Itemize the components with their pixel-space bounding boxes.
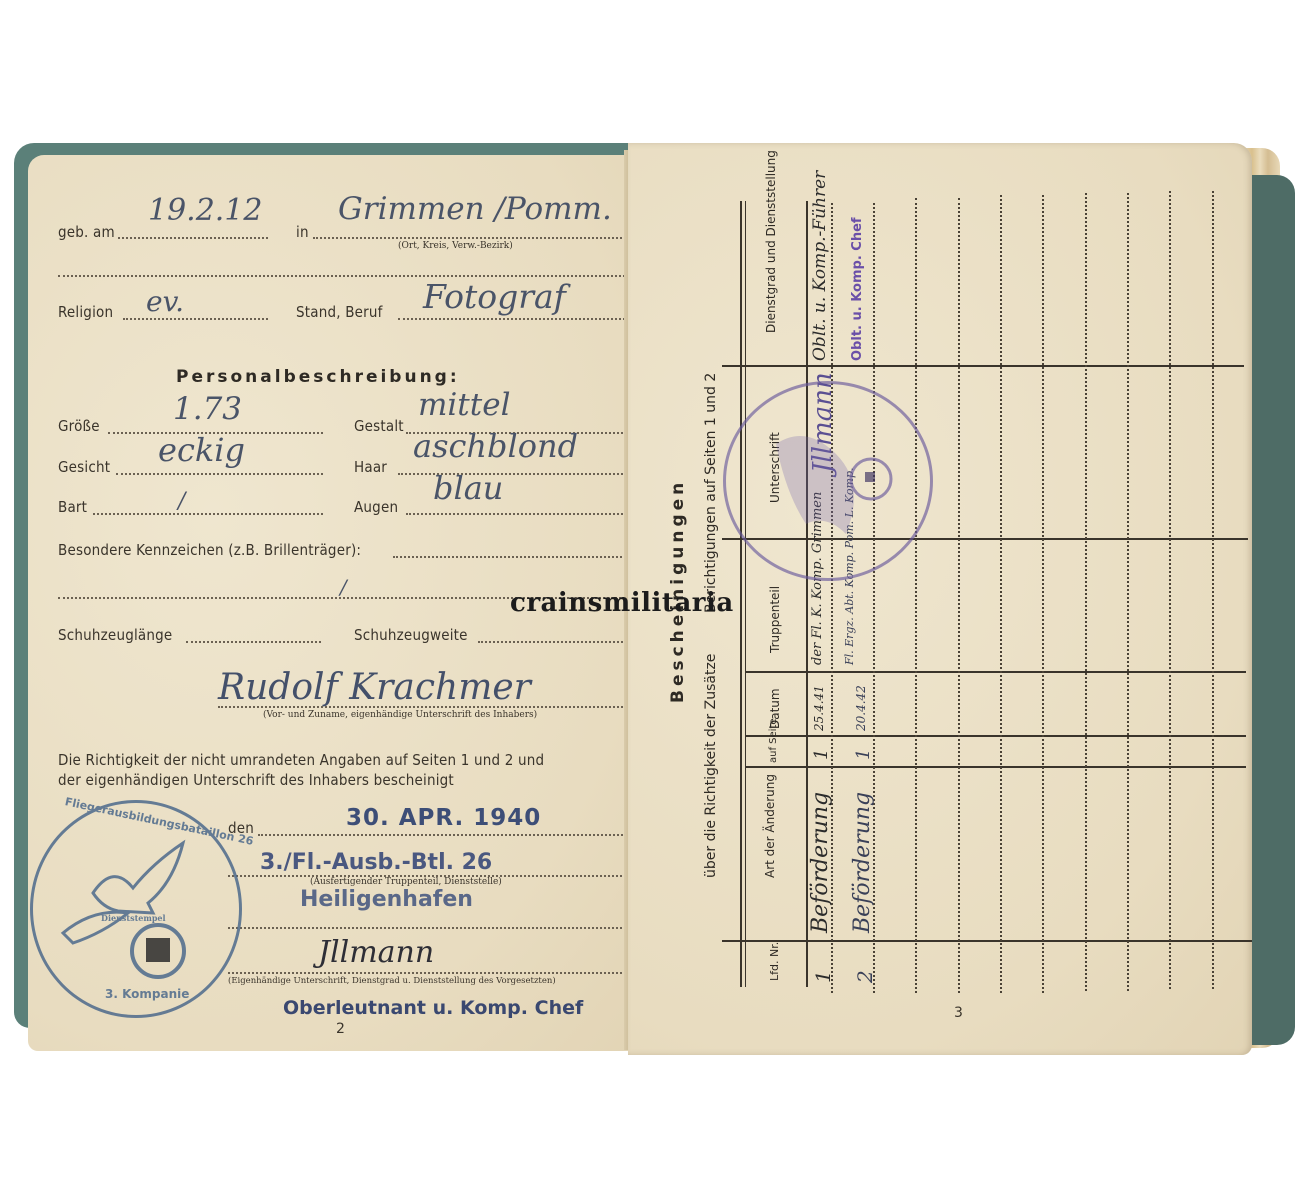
unit-round-stamp: Dienststempel 3. Kompanie Fliegerausbild… xyxy=(30,800,242,1018)
row-2-rank-stamp: Oblt. u. Komp. Chef xyxy=(850,217,865,361)
birth-date-value: 19.2.12 xyxy=(148,193,263,228)
shoe-length-line xyxy=(186,641,321,643)
profession-label: Stand, Beruf xyxy=(296,303,383,321)
row-line-10 xyxy=(1212,191,1214,989)
religion-label: Religion xyxy=(58,303,113,321)
eagle-emblem-icon xyxy=(726,384,930,578)
issuing-unit: 3./Fl.-Ausb.-Btl. 26 xyxy=(260,850,492,875)
row-line-5 xyxy=(1000,195,1002,993)
certification-text-line-1: Die Richtigkeit der nicht umrandeten Ang… xyxy=(58,751,544,769)
row-line-7 xyxy=(1085,193,1087,991)
row-line-3 xyxy=(915,198,917,993)
row-2-date: 20.4.42 xyxy=(854,685,868,731)
superior-signature: Jllmann xyxy=(318,935,434,970)
row-divider-unit xyxy=(746,671,1246,673)
stamp-bottom-text: 3. Kompanie xyxy=(105,987,189,1001)
build-value: mittel xyxy=(418,387,511,423)
eyes-label: Augen xyxy=(354,498,398,516)
eyes-line xyxy=(406,513,634,515)
row-2-change: Beförderung xyxy=(850,792,875,933)
holder-signature-line xyxy=(218,706,634,708)
birth-place-label: in xyxy=(296,223,309,241)
birth-place-value: Grimmen /Pomm. xyxy=(338,191,612,227)
height-label: Größe xyxy=(58,417,100,435)
issuing-location: Heiligenhafen xyxy=(300,887,473,912)
holder-signature: Rudolf Krachmer xyxy=(218,667,531,708)
column-header-unit: Truppenteil xyxy=(768,586,782,653)
face-line xyxy=(116,473,323,475)
religion-line xyxy=(123,318,268,320)
birth-date-label: geb. am xyxy=(58,223,115,241)
personal-description-heading: Personalbeschreibung: xyxy=(176,367,460,387)
face-label: Gesicht xyxy=(58,458,110,476)
right-page-subtitle-1: über die Richtigkeit der Zusätze xyxy=(703,654,719,878)
blank-line xyxy=(228,927,634,929)
page-number-right: 3 xyxy=(954,1005,963,1021)
row-2-number: 2 xyxy=(853,970,877,983)
shoe-width-label: Schuhzeugweite xyxy=(354,626,468,644)
row-divider-page xyxy=(746,766,1246,768)
build-label: Gestalt xyxy=(354,417,404,435)
row-1-date: 25.4.41 xyxy=(812,685,826,731)
issuing-unit-hint: (Ausfertigender Truppenteil, Dienststell… xyxy=(310,877,502,887)
column-header-page: auf Seite xyxy=(768,718,779,763)
row-line-8 xyxy=(1127,193,1129,991)
book-cover-right xyxy=(1250,175,1295,1045)
beard-line xyxy=(93,513,323,515)
right-page-subtitle-2: Berichtigungen auf Seiten 1 und 2 xyxy=(703,373,719,613)
certification-date-line xyxy=(258,834,634,836)
eyes-value: blau xyxy=(433,469,503,507)
row-divider-change xyxy=(722,940,1252,942)
birth-date-line xyxy=(118,237,268,239)
superior-rank: Oberleutnant u. Komp. Chef xyxy=(283,997,583,1019)
row-1-rank: Oblt. u. Komp.-Führer xyxy=(810,171,830,361)
certification-text-line-2: der eigenhändigen Unterschrift des Inhab… xyxy=(58,771,454,789)
certification-date-value: 30. APR. 1940 xyxy=(346,805,541,831)
page-number-left: 2 xyxy=(336,1021,345,1037)
hair-value: aschblond xyxy=(413,427,578,465)
special-marks-value: / xyxy=(340,575,347,599)
row-1-number: 1 xyxy=(811,970,835,983)
height-value: 1.73 xyxy=(173,391,242,427)
hair-label: Haar xyxy=(354,458,387,476)
column-header-number: Lfd. Nr. xyxy=(768,942,781,981)
profession-line xyxy=(398,318,633,320)
row-line-4 xyxy=(958,198,960,993)
holder-signature-hint: (Vor- und Zuname, eigenhändige Unterschr… xyxy=(263,710,537,720)
row-1-page: 1 xyxy=(811,749,832,760)
shoe-width-line xyxy=(478,641,634,643)
religion-value: ev. xyxy=(146,285,184,318)
row-line-6 xyxy=(1042,195,1044,993)
violet-round-stamp xyxy=(723,381,933,581)
column-header-rank: Dienstgrad und Dienststellung xyxy=(763,150,779,333)
row-2-page: 1 xyxy=(853,749,874,760)
table-left-border-inner xyxy=(745,201,746,987)
row-divider-rank xyxy=(722,365,1244,367)
profession-value: Fotograf xyxy=(423,277,566,316)
stamp-center-text: Dienststempel xyxy=(101,913,166,923)
superior-signature-hint: (Eigenhändige Unterschrift, Dienstgrad u… xyxy=(228,976,556,986)
birth-place-line xyxy=(313,237,633,239)
special-marks-line xyxy=(393,556,634,558)
watermark-text: crainsmilitaria xyxy=(510,588,734,618)
beard-label: Bart xyxy=(58,498,87,516)
row-divider-date xyxy=(746,735,1246,737)
row-line-9 xyxy=(1169,191,1171,989)
table-left-border xyxy=(740,201,742,987)
row-1-change: Beförderung xyxy=(808,792,833,933)
special-marks-label: Besondere Kennzeichen (z.B. Brillenträge… xyxy=(58,541,361,559)
shoe-length-label: Schuhzeuglänge xyxy=(58,626,172,644)
superior-signature-line xyxy=(228,972,634,974)
beard-value: / xyxy=(178,489,185,514)
birth-place-hint: (Ort, Kreis, Verw.-Bezirk) xyxy=(398,241,513,251)
column-header-change: Art der Änderung xyxy=(763,774,777,878)
face-value: eckig xyxy=(158,431,245,469)
